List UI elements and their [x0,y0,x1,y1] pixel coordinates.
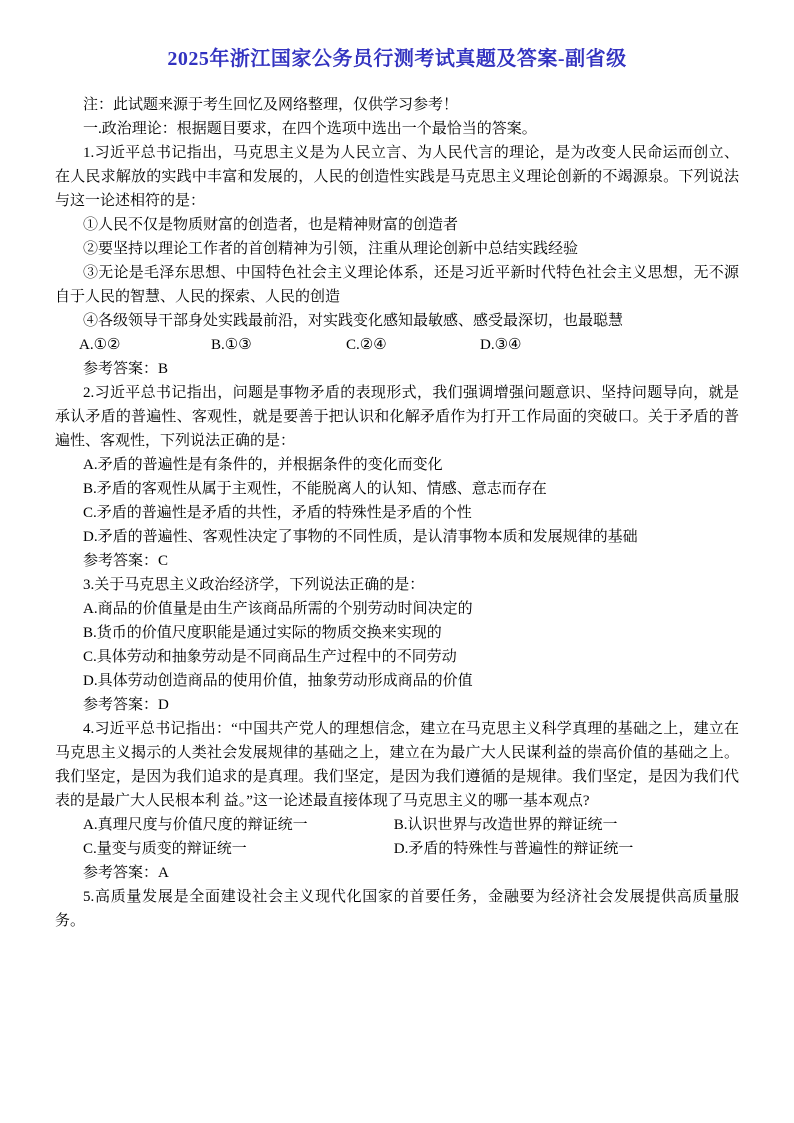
question-1-statement-4: ④各级领导干部身处实践最前沿，对实践变化感知最敏感、感受最深切，也最聪慧 [55,309,739,333]
question-2-option-c: C.矛盾的普遍性是矛盾的共性，矛盾的特殊性是矛盾的个性 [55,501,739,525]
question-1-stem: 1.习近平总书记指出，马克思主义是为人民立言、为人民代言的理论，是为改变人民命运… [55,141,739,213]
question-2-option-b: B.矛盾的客观性从属于主观性，不能脱离人的认知、情感、意志而存在 [55,477,739,501]
question-1-statement-3: ③无论是毛泽东思想、中国特色社会主义理论体系，还是习近平新时代特色社会主义思想，… [55,261,739,309]
question-1-statement-2: ②要坚持以理论工作者的首创精神为引领，注重从理论创新中总结实践经验 [55,237,739,261]
question-1-answer: 参考答案：B [55,357,739,381]
question-2-option-a: A.矛盾的普遍性是有条件的，并根据条件的变化而变化 [55,453,739,477]
question-4-option-b: B.认识世界与改造世界的辩证统一 [394,817,618,833]
question-2-option-d: D.矛盾的普遍性、客观性决定了事物的不同性质，是认清事物本质和发展规律的基础 [55,525,739,549]
question-3-option-d: D.具体劳动创造商品的使用价值，抽象劳动形成商品的价值 [55,669,739,693]
note-line: 注：此试题来源于考生回忆及网络整理，仅供学习参考！ [55,93,739,117]
question-1-statement-1: ①人民不仅是物质财富的创造者，也是精神财富的创造者 [55,213,739,237]
question-3-stem: 3.关于马克思主义政治经济学，下列说法正确的是： [55,573,739,597]
question-1-option-d: D.③④ [480,333,739,357]
question-1-option-b: B.①③ [211,333,346,357]
question-4-answer: 参考答案：A [55,861,739,885]
question-2-answer: 参考答案：C [55,549,739,573]
question-1-option-a: A.①② [79,333,211,357]
question-4-option-c: C.量变与质变的辩证统一 [83,837,390,861]
question-5-stem: 5.高质量发展是全面建设社会主义现代化国家的首要任务，金融要为经济社会发展提供高… [55,885,739,933]
question-3-option-a: A.商品的价值量是由生产该商品所需的个别劳动时间决定的 [55,597,739,621]
question-4-options-row-1: A.真理尺度与价值尺度的辩证统一 B.认识世界与改造世界的辩证统一 [55,813,739,837]
doc-title: 2025年浙江国家公务员行测考试真题及答案-副省级 [55,44,739,74]
question-2-stem: 2.习近平总书记指出，问题是事物矛盾的表现形式，我们强调增强问题意识、坚持问题导… [55,381,739,453]
question-4-stem: 4.习近平总书记指出：“中国共产党人的理想信念，建立在马克思主义科学真理的基础之… [55,717,739,813]
document-page: 2025年浙江国家公务员行测考试真题及答案-副省级 注：此试题来源于考生回忆及网… [0,0,794,1123]
question-3-option-b: B.货币的价值尺度职能是通过实际的物质交换来实现的 [55,621,739,645]
document-content: 2025年浙江国家公务员行测考试真题及答案-副省级 注：此试题来源于考生回忆及网… [55,44,739,933]
question-3-option-c: C.具体劳动和抽象劳动是不同商品生产过程中的不同劳动 [55,645,739,669]
question-3-answer: 参考答案：D [55,693,739,717]
question-4-option-a: A.真理尺度与价值尺度的辩证统一 [83,813,390,837]
section-heading: 一.政治理论：根据题目要求，在四个选项中选出一个最恰当的答案。 [55,117,739,141]
question-1-option-c: C.②④ [346,333,480,357]
question-4-option-d: D.矛盾的特殊性与普遍性的辩证统一 [394,841,634,857]
question-1-options-row: A.①② B.①③ C.②④ D.③④ [55,333,739,357]
question-4-options-row-2: C.量变与质变的辩证统一 D.矛盾的特殊性与普遍性的辩证统一 [55,837,739,861]
